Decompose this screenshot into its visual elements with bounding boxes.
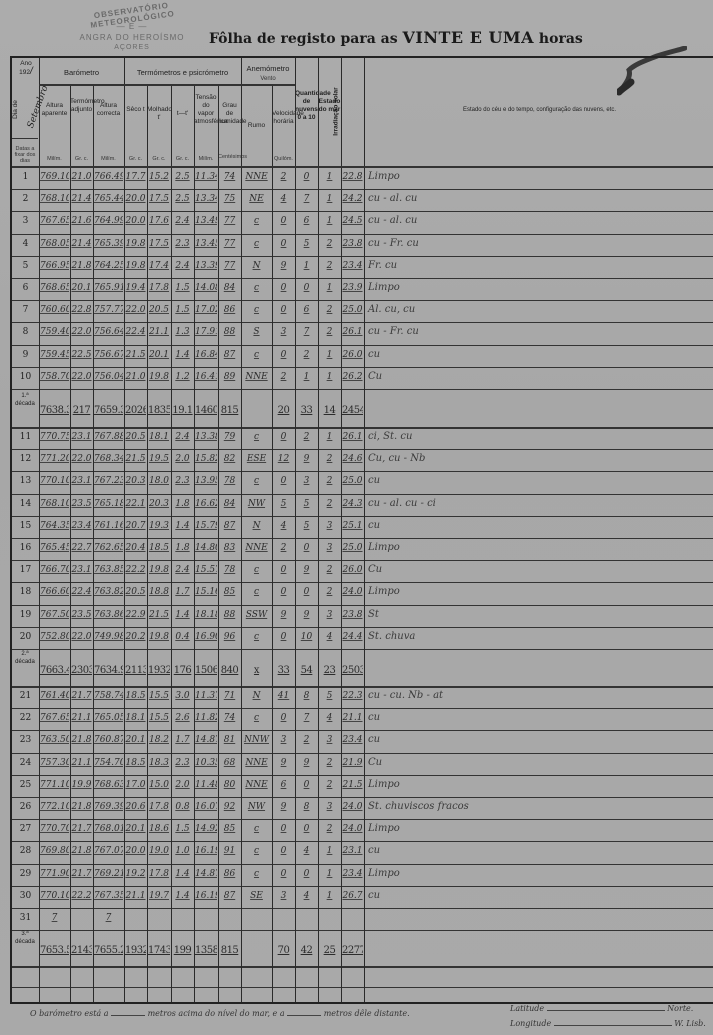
cell-irr: 26.1 xyxy=(342,327,363,337)
cell-irr: 22.3 xyxy=(342,691,363,701)
cell-tadj: 22.0 xyxy=(71,327,92,337)
col-diff: t—t' xyxy=(171,110,194,118)
cell-tadj: 21.4 xyxy=(71,239,92,249)
cell-seco: 21.5 xyxy=(125,454,146,464)
cell-tadj: 22.4 xyxy=(71,587,92,597)
cell-vel: 9 xyxy=(273,610,294,620)
cell-molh: 18.8 xyxy=(148,587,170,597)
cell-vel: 0 xyxy=(273,476,294,486)
cell-irr: 23.4 xyxy=(342,261,363,271)
cell-tadj: 21.6 xyxy=(71,216,92,226)
cell-tadj: 22.8 xyxy=(71,305,92,315)
cell-mar: 25 xyxy=(319,945,340,956)
latitude-line: Latitude Norte. xyxy=(510,1004,693,1013)
cell-nuv: 7 xyxy=(296,713,317,723)
cell-alt: 771.20 xyxy=(40,454,69,464)
cell-nuv: 1 xyxy=(296,261,317,271)
cell-tens: 13584 xyxy=(195,945,217,956)
cell-rumo: c xyxy=(242,305,271,315)
cell-hum: 85 xyxy=(219,587,240,597)
cell-nuv: 5 xyxy=(296,239,317,249)
cell-mar: 3 xyxy=(319,735,340,745)
cell-tens: 16.62 xyxy=(195,499,217,509)
cell-seco: 20.0 xyxy=(125,216,146,226)
cell-rumo: c xyxy=(242,713,271,723)
cell-molh: 21.5 xyxy=(148,610,170,620)
cell-rumo: NW xyxy=(242,802,271,812)
table-row: 30770.1022.2767.3521.119.71.416.1987SE34… xyxy=(12,887,713,909)
col-tensao: Tensão do vapor atmosférica xyxy=(194,94,218,126)
cell-alt: 7653.55 xyxy=(40,945,69,956)
unit-molhado: Gr. c. xyxy=(147,156,171,162)
cell-molh: 19.5 xyxy=(148,454,170,464)
cell-molh: 15.0 xyxy=(148,780,170,790)
cell-tadj: 2143 xyxy=(71,945,92,956)
cell-diff: 3.0 xyxy=(172,691,193,701)
cell-molh: 17.5 xyxy=(148,194,170,204)
cell-corr: 762.65 xyxy=(94,543,123,553)
cell-molh: 18.5 xyxy=(148,543,170,553)
cell-irr: 22.8 xyxy=(342,172,363,182)
cell-seco: 21.5 xyxy=(125,350,146,360)
cell-nuv: 0 xyxy=(296,543,317,553)
cell-seco: 20.7 xyxy=(125,521,146,531)
cell-vel: 33 xyxy=(273,665,294,676)
decade-1-label: 1.ª década xyxy=(12,392,38,408)
cell-nuv: 0 xyxy=(296,780,317,790)
cell-corr: 764.99 xyxy=(94,216,123,226)
dates-note: Datas a fixar dos dias xyxy=(12,146,38,164)
cell-vel: 0 xyxy=(273,565,294,575)
cell-nuv: 1 xyxy=(296,372,317,382)
cell-seco: 20.5 xyxy=(125,432,146,442)
cell-rumo: NE xyxy=(242,194,271,204)
remarks-text: cu xyxy=(368,475,380,486)
cell-tadj: 20.1 xyxy=(71,283,92,293)
longitude-label: Longitude xyxy=(510,1019,551,1028)
cell-molh: 19.8 xyxy=(148,372,170,382)
cell-corr: 758.74 xyxy=(94,691,123,701)
cell-rumo: NNE xyxy=(242,372,271,382)
table-row: 5766.9521.8764.2519.817.42.413.3977N9122… xyxy=(12,257,713,279)
cell-rumo: c xyxy=(242,587,271,597)
row-rule xyxy=(12,966,713,968)
cell-diff: 2.3 xyxy=(172,476,193,486)
cell-hum: 78 xyxy=(219,476,240,486)
cell-diff: 199 xyxy=(172,945,193,956)
cell-seco: 21.0 xyxy=(125,372,146,382)
table-row: 6768.6520.1765.9119.417.81.514.0884c0012… xyxy=(12,279,713,301)
day-number: 29 xyxy=(13,869,38,879)
page-title: Fôlha de registo para as VINTE E UMA hor… xyxy=(209,28,583,47)
table-row: 28769.8021.8767.0720.019.01.016.1991c041… xyxy=(12,842,713,864)
cell-tens: 15061 xyxy=(195,665,217,676)
cell-mar: 2 xyxy=(319,499,340,509)
decade-3-label: 3.ª década xyxy=(12,930,38,946)
cell-mar: 1 xyxy=(319,194,340,204)
cell-irr: 23.8 xyxy=(342,610,363,620)
cell-tens: 13.38 xyxy=(195,432,217,442)
cell-alt: 771.90 xyxy=(40,869,69,879)
cell-tens: 15.57 xyxy=(195,565,217,575)
cell-hum: 84 xyxy=(219,499,240,509)
cell-tens: 13.45 xyxy=(195,239,217,249)
cell-mar: 2 xyxy=(319,454,340,464)
remarks-text: Limpo xyxy=(368,779,400,790)
cell-alt: 760.60 xyxy=(40,305,69,315)
cell-tens: 16.90 xyxy=(195,632,217,642)
cell-hum: 92 xyxy=(219,802,240,812)
cell-rumo: SE xyxy=(242,891,271,901)
day-number: 28 xyxy=(13,846,38,856)
cell-tens: 16.19 xyxy=(195,846,217,856)
cell-diff: 1.5 xyxy=(172,283,193,293)
cell-tadj: 22.7 xyxy=(71,543,92,553)
cell-tadj: 23.1 xyxy=(71,565,92,575)
cell-alt: 752.80 xyxy=(40,632,69,642)
stamp-line-3: ANGRA DO HEROÍSMO xyxy=(62,33,202,42)
cell-vel: 0 xyxy=(273,283,294,293)
cell-corr: 7655.24 xyxy=(94,945,123,956)
cell-mar: 3 xyxy=(319,521,340,531)
cell-rumo: N xyxy=(242,521,271,531)
cell-alt: 768.10 xyxy=(40,499,69,509)
cell-alt: 759.45 xyxy=(40,350,69,360)
cell-nuv: 5 xyxy=(296,521,317,531)
cell-corr: 765.44 xyxy=(94,194,123,204)
cell-tens: 11.37 xyxy=(195,691,217,701)
table-row: 11770.7523.1767.8820.518.12.413.3879c021… xyxy=(12,428,713,450)
cell-rumo: NNE xyxy=(242,780,271,790)
cell-irr: 23.8 xyxy=(342,239,363,249)
cell-alt: 768.65 xyxy=(40,283,69,293)
cell-alt: 761.40 xyxy=(40,691,69,701)
cell-diff: 1.3 xyxy=(172,327,193,337)
day-header-rule xyxy=(12,138,38,139)
cell-corr: 768.01 xyxy=(94,824,123,834)
day-number: 30 xyxy=(13,891,38,901)
cell-molh: 20.1 xyxy=(148,350,170,360)
cell-seco: 22.1 xyxy=(125,499,146,509)
cell-rumo: c xyxy=(242,869,271,879)
cell-mar: 1 xyxy=(319,372,340,382)
cell-mar: 2 xyxy=(319,780,340,790)
unit-velocidade: Quilóm. xyxy=(272,156,295,162)
cell-corr: 763.82 xyxy=(94,587,123,597)
cell-corr: 767.07 xyxy=(94,846,123,856)
cell-irr: 21.1 xyxy=(342,713,363,723)
anemometer-sub-label: Vento xyxy=(241,76,295,82)
column-divider xyxy=(194,84,195,1002)
cell-mar: 5 xyxy=(319,691,340,701)
cell-alt: 770.10 xyxy=(40,891,69,901)
col-term-adjunto: Termómetro adjunto xyxy=(70,98,93,114)
cell-molh: 19.8 xyxy=(148,565,170,575)
unit-alt-aparente: Milím. xyxy=(39,156,70,162)
cell-diff: 1.5 xyxy=(172,305,193,315)
cell-irr: 23.4 xyxy=(342,869,363,879)
cell-irr: 25.0 xyxy=(342,543,363,553)
cell-vel: 6 xyxy=(273,780,294,790)
cell-tens: 11.82 xyxy=(195,713,217,723)
cell-seco: 2026 xyxy=(125,405,146,416)
cell-molh: 17.8 xyxy=(148,283,170,293)
cell-diff: 0.4 xyxy=(172,632,193,642)
cell-hum: 80 xyxy=(219,780,240,790)
cell-tadj: 23.5 xyxy=(71,499,92,509)
col-molhado: Molhado t' xyxy=(147,106,171,122)
cell-vel: 0 xyxy=(273,350,294,360)
cell-diff: 2.3 xyxy=(172,758,193,768)
cell-seco: 17.7 xyxy=(125,172,146,182)
cell-seco: 20.1 xyxy=(125,735,146,745)
cell-molh: 17.8 xyxy=(148,802,170,812)
day-number: 26 xyxy=(13,802,38,812)
cell-molh: 18.3 xyxy=(148,758,170,768)
cell-mar: 2 xyxy=(319,239,340,249)
cell-rumo: N xyxy=(242,261,271,271)
cell-irr: 24.0 xyxy=(342,802,363,812)
remarks-text: Fr. cu xyxy=(368,260,397,271)
cell-diff: 176 xyxy=(172,665,193,676)
cell-diff: 2.5 xyxy=(172,172,193,182)
table-row: 16765.4522.7762.6520.418.51.814.8083NNE2… xyxy=(12,539,713,561)
cell-rumo: ESE xyxy=(242,454,271,464)
cell-irr: 23.9 xyxy=(342,283,363,293)
cell-tens: 13.34 xyxy=(195,194,217,204)
cell-mar: 2 xyxy=(319,758,340,768)
cell-corr: 749.98 xyxy=(94,632,123,642)
cell-molh: 18.2 xyxy=(148,735,170,745)
cell-diff: 1.2 xyxy=(172,372,193,382)
longitude-line: Longitude W. Lisb. xyxy=(510,1019,706,1028)
day-number: 12 xyxy=(13,454,38,464)
cell-corr: 763.85 xyxy=(94,565,123,575)
cell-hum: 84 xyxy=(219,283,240,293)
day-number: 17 xyxy=(13,565,38,575)
cell-corr: 760.87 xyxy=(94,735,123,745)
column-divider xyxy=(147,84,148,1002)
remarks-text: cu - Fr. cu xyxy=(368,326,419,337)
cell-tadj: 23.5 xyxy=(71,610,92,620)
cell-nuv: 7 xyxy=(296,194,317,204)
cell-rumo: c xyxy=(242,632,271,642)
cell-tens: 13.49 xyxy=(195,216,217,226)
register-sheet: OBSERVATÓRIO METEOROLÓGICO — E — ANGRA D… xyxy=(0,0,713,1035)
cell-molh: 20.3 xyxy=(148,499,170,509)
latitude-suffix: Norte. xyxy=(667,1004,693,1013)
cell-molh: 19.3 xyxy=(148,521,170,531)
remarks-text: Limpo xyxy=(368,542,400,553)
table-row: 10758.7022.0756.0421.019.81.216.4189NNE2… xyxy=(12,368,713,390)
cell-tens: 13.39 xyxy=(195,261,217,271)
cell-corr: 761.16 xyxy=(94,521,123,531)
table-row: 4768.0521.4765.3919.817.52.313.4577c0522… xyxy=(12,235,713,257)
cell-alt: 767.65 xyxy=(40,216,69,226)
column-divider xyxy=(241,58,242,1002)
cell-vel: 2 xyxy=(273,372,294,382)
column-divider xyxy=(39,58,40,1002)
cell-vel: 3 xyxy=(273,327,294,337)
remarks-text: cu - Fr. cu xyxy=(368,238,419,249)
cell-hum: 840 xyxy=(219,665,240,676)
header-group-rule xyxy=(124,84,241,86)
col-seco: Sêco t xyxy=(124,106,147,114)
day-number: 3 xyxy=(13,216,38,226)
cell-irr: 24.0 xyxy=(342,824,363,834)
unit-term-adjunto: Gr. c. xyxy=(70,156,93,162)
cell-mar: 1 xyxy=(319,891,340,901)
cell-hum: 77 xyxy=(219,261,240,271)
cell-irr: 23.4 xyxy=(342,735,363,745)
table-row: 29771.9021.7769.2119.217.81.414.8786c001… xyxy=(12,865,713,887)
cell-irr: 24.4 xyxy=(342,632,363,642)
cell-irr: 25.0 xyxy=(342,305,363,315)
cell-vel: 3 xyxy=(273,891,294,901)
cell-tadj: 21.0 xyxy=(71,172,92,182)
cell-nuv: 2 xyxy=(296,735,317,745)
column-divider xyxy=(171,84,172,1002)
cell-irr: 21.5 xyxy=(342,780,363,790)
remarks-text: cu - al. cu xyxy=(368,193,417,204)
table-row: 3177 xyxy=(12,909,713,931)
cell-tens: 15.16 xyxy=(195,587,217,597)
cell-diff: 1.7 xyxy=(172,587,193,597)
cell-molh: 1932 xyxy=(148,665,170,676)
cell-hum: 79 xyxy=(219,432,240,442)
cell-hum: 74 xyxy=(219,172,240,182)
cell-vel: 4 xyxy=(273,521,294,531)
cell-rumo: c xyxy=(242,432,271,442)
cell-seco: 19.8 xyxy=(125,239,146,249)
table-row: 25771.1019.9768.6317.015.02.011.4880NNE6… xyxy=(12,776,713,798)
cell-diff: 1.4 xyxy=(172,869,193,879)
remarks-text: Al. cu, cu xyxy=(368,304,415,315)
cell-tadj: 21.7 xyxy=(71,869,92,879)
remarks-text: cu - cu. Nb - at xyxy=(368,690,443,701)
cell-tadj: 21.8 xyxy=(71,802,92,812)
cell-irr: 2277 xyxy=(342,945,363,956)
cell-tens: 15.79 xyxy=(195,521,217,531)
cell-mar: 3 xyxy=(319,802,340,812)
unit-tensao: Milím. xyxy=(194,156,218,162)
cell-irr: 24.3 xyxy=(342,499,363,509)
cell-nuv: 9 xyxy=(296,758,317,768)
cell-corr: 756.64 xyxy=(94,327,123,337)
cell-tens: 10.35 xyxy=(195,758,217,768)
cell-tadj: 22.0 xyxy=(71,632,92,642)
cell-vel: 0 xyxy=(273,216,294,226)
cell-molh: 19.8 xyxy=(148,632,170,642)
cell-molh: 1743 xyxy=(148,945,170,956)
remarks-text: cu - al. cu - ci xyxy=(368,498,436,509)
decade-summary-row: 7663.4523037634.912113193217615061840x33… xyxy=(12,650,713,687)
cell-mar: 4 xyxy=(319,713,340,723)
stamp-line-2: — E — xyxy=(62,22,202,31)
cell-rumo: NNE xyxy=(242,543,271,553)
cell-vel: 0 xyxy=(273,239,294,249)
cell-mar: 2 xyxy=(319,261,340,271)
cell-seco: 20.6 xyxy=(125,802,146,812)
cell-rumo: NNE xyxy=(242,758,271,768)
year-handwritten: / xyxy=(30,66,33,77)
cell-vel: 0 xyxy=(273,632,294,642)
cell-molh: 18.6 xyxy=(148,824,170,834)
remarks-text: cu - al. cu xyxy=(368,215,417,226)
cell-vel: 70 xyxy=(273,945,294,956)
cell-hum: 86 xyxy=(219,305,240,315)
cell-tadj: 2303 xyxy=(71,665,92,676)
cell-corr: 756.67 xyxy=(94,350,123,360)
cell-hum: 68 xyxy=(219,758,240,768)
cell-corr: 756.04 xyxy=(94,372,123,382)
anemometer-group-label: Anemómetro xyxy=(241,64,295,73)
cell-vel: 9 xyxy=(273,261,294,271)
decade-summary-row: 7653.5521437655.241932174319913584815704… xyxy=(12,931,713,967)
cell-corr: 757.77 xyxy=(94,305,123,315)
cell-alt: 763.50 xyxy=(40,735,69,745)
cell-mar: 1 xyxy=(319,869,340,879)
cell-nuv: 9 xyxy=(296,454,317,464)
remarks-text: ci, St. cu xyxy=(368,431,412,442)
remarks-text: cu xyxy=(368,734,380,745)
cell-nuv: 54 xyxy=(296,665,317,676)
cell-diff: 1.4 xyxy=(172,891,193,901)
cell-hum: 88 xyxy=(219,327,240,337)
cell-tadj: 23.1 xyxy=(71,476,92,486)
cell-nuv: 4 xyxy=(296,891,317,901)
col-alt-correcta: Altura correcta xyxy=(93,102,124,118)
latitude-label: Latitude xyxy=(510,1004,544,1013)
table-row: 26772.1021.8769.3920.617.80.816.0792NW98… xyxy=(12,798,713,820)
column-divider xyxy=(272,84,273,1002)
cell-seco: 22.9 xyxy=(125,610,146,620)
cell-molh: 1835 xyxy=(148,405,170,416)
cell-alt: 769.80 xyxy=(40,846,69,856)
remarks-text: Limpo xyxy=(368,171,400,182)
cell-molh: 21.1 xyxy=(148,327,170,337)
stamp-line-4: AÇORES xyxy=(62,44,202,51)
day-number: 27 xyxy=(13,824,38,834)
cell-vel: 12 xyxy=(273,454,294,464)
cell-tens: 13.95 xyxy=(195,476,217,486)
day-number: 19 xyxy=(13,610,38,620)
cell-vel: 41 xyxy=(273,691,294,701)
cell-diff: 0.8 xyxy=(172,802,193,812)
cell-tadj: 21.8 xyxy=(71,846,92,856)
cell-alt: 7 xyxy=(40,913,69,923)
cell-rumo: c xyxy=(242,476,271,486)
cell-mar: 1 xyxy=(319,172,340,182)
cell-molh: 18.1 xyxy=(148,432,170,442)
table-row: 8759.4022.0756.6422.421.11.317.9188S3722… xyxy=(12,323,713,345)
remarks-text: cu xyxy=(368,349,380,360)
cell-hum: 74 xyxy=(219,713,240,723)
cell-nuv: 10 xyxy=(296,632,317,642)
cell-seco: 20.1 xyxy=(125,824,146,834)
day-number: 4 xyxy=(13,239,38,249)
cell-nuv: 8 xyxy=(296,802,317,812)
cell-nuv: 2 xyxy=(296,432,317,442)
col-humidade: Grau de humidade xyxy=(218,102,241,126)
cell-hum: 81 xyxy=(219,735,240,745)
cell-alt: 772.10 xyxy=(40,802,69,812)
cell-mar: 1 xyxy=(319,350,340,360)
cell-diff: 1.4 xyxy=(172,350,193,360)
cell-vel: 2 xyxy=(273,172,294,182)
cell-corr: 764.25 xyxy=(94,261,123,271)
day-number: 5 xyxy=(13,261,38,271)
